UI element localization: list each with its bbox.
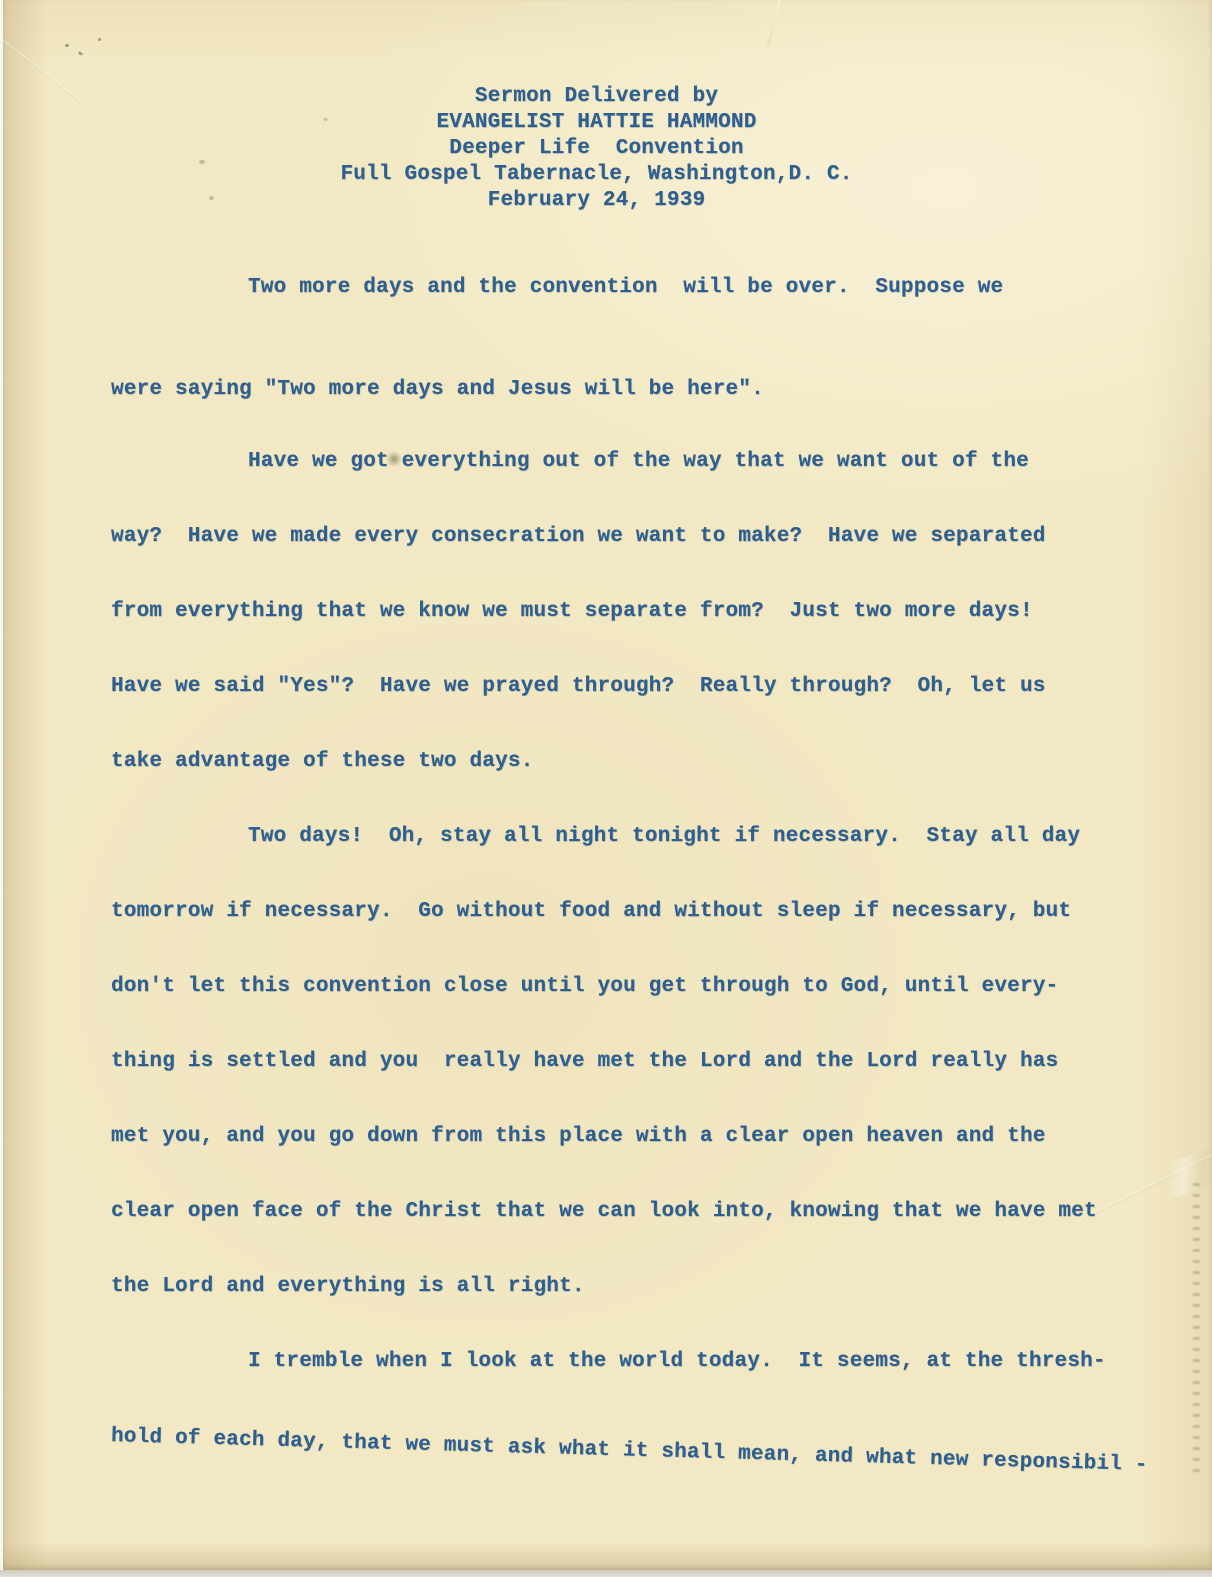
typed-line: don't let this convention close until yo… [111,976,1212,997]
document-header: Sermon Delivered byEVANGELIST HATTIE HAM… [3,84,1190,214]
typed-line: take advantage of these two days. [111,751,1212,772]
typed-line: hold of each day, that we must ask what … [111,1426,1212,1478]
header-line: Full Gospel Tabernacle, Washington,D. C. [3,162,1190,188]
typed-line: I tremble when I look at the world today… [111,1351,1212,1372]
scan-edge-bottom [0,1570,1212,1577]
typed-line: Two more days and the convention will be… [111,277,1212,298]
header-line: Deeper Life Convention [3,136,1190,162]
typed-line: from everything that we know we must sep… [111,601,1212,622]
typed-line: the Lord and everything is all right. [111,1276,1212,1297]
paper-crease-top-right [767,0,782,46]
typed-line: thing is settled and you really have met… [111,1051,1212,1072]
typed-line: Two days! Oh, stay all night tonight if … [111,826,1212,847]
typed-line: clear open face of the Christ that we ca… [111,1201,1212,1222]
scanned-document-page: { "page": { "paper_color": "#f2e8c3", "i… [0,0,1212,1577]
pencil-speck [65,44,69,47]
header-line: Sermon Delivered by [3,84,1190,110]
document-body: Two more days and the convention will be… [111,277,1212,1501]
header-line: February 24, 1939 [3,188,1190,214]
typed-line: were saying "Two more days and Jesus wil… [111,379,1212,400]
paper-sheet: Sermon Delivered byEVANGELIST HATTIE HAM… [3,0,1212,1570]
pencil-speck [78,51,84,56]
header-line: EVANGELIST HATTIE HAMMOND [3,110,1190,136]
typed-line: Have we got everything out of the way th… [111,451,1212,472]
typed-line: Have we said "Yes"? Have we prayed throu… [111,676,1212,697]
scan-edge-left [0,0,3,1577]
pencil-speck [98,38,101,41]
typed-line: way? Have we made every consecration we … [111,526,1212,547]
typed-line: tomorrow if necessary. Go without food a… [111,901,1212,922]
typed-line: met you, and you go down from this place… [111,1126,1212,1147]
typewriter-overstrike-smudge [386,451,402,467]
